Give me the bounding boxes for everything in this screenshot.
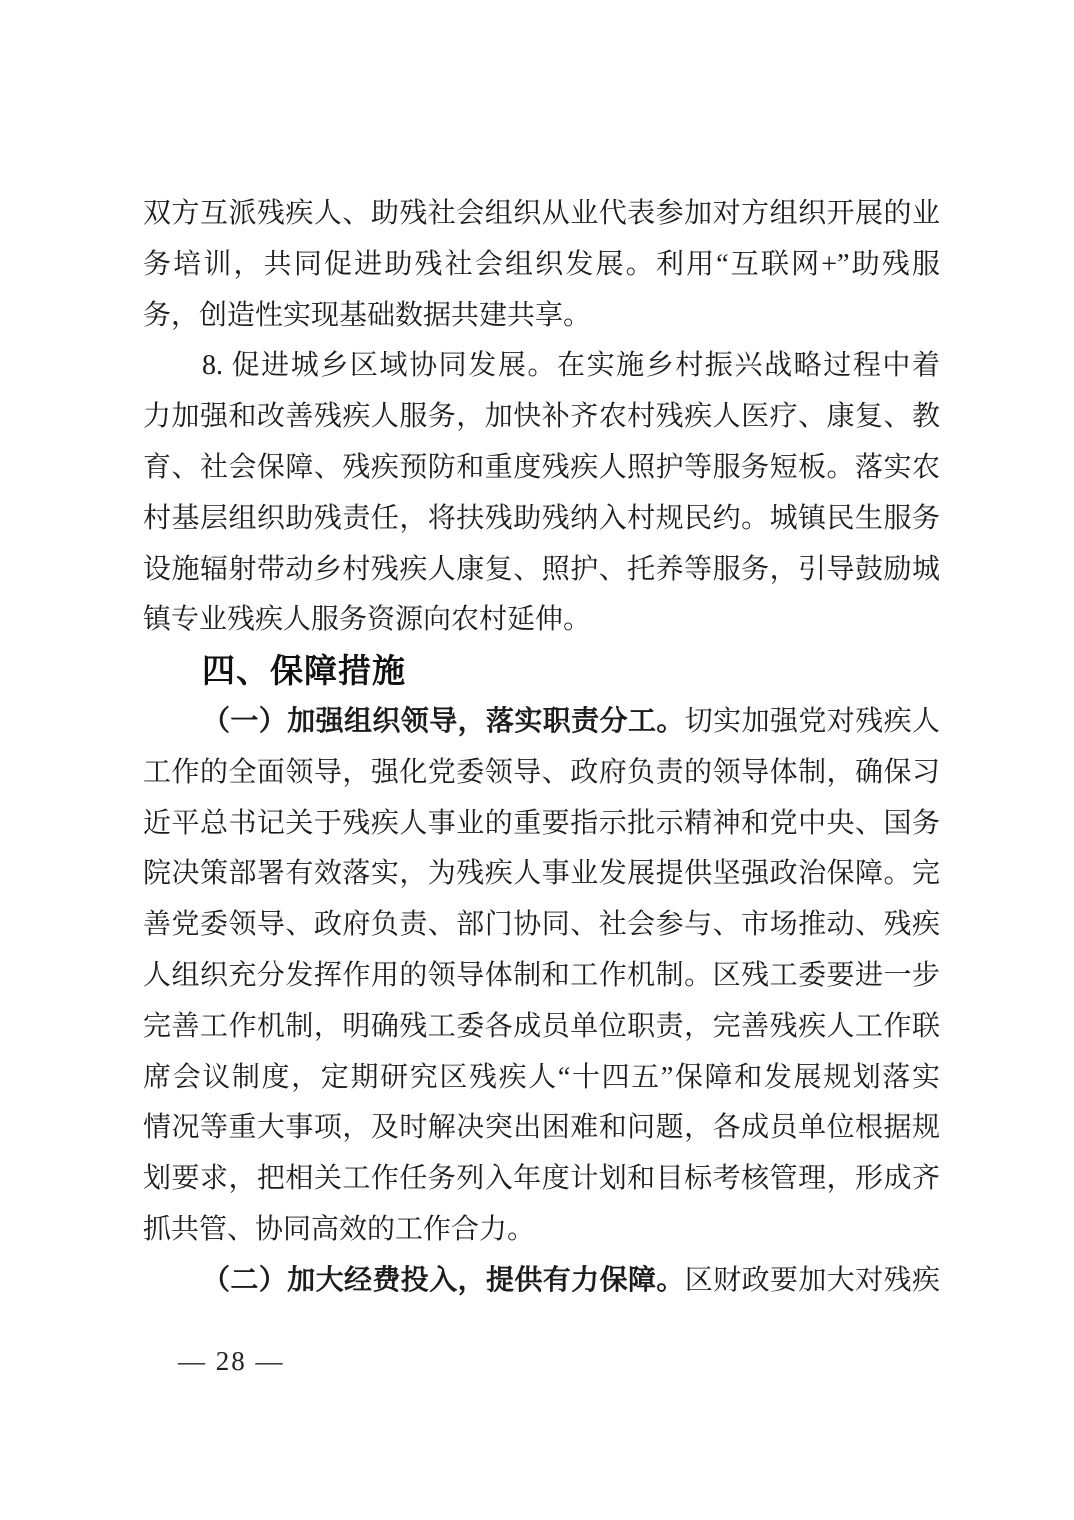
paragraph-8-first-line: 8. 促进城乡区域协同发展。在实施乡村振兴战略过程中着 — [143, 341, 940, 392]
clause-2-lead: （二）加大经费投入，提供有力保障。 — [202, 1265, 685, 1296]
document-line: 院决策部署有效落实，为残疾人事业发展提供坚强政治保障。完 — [143, 849, 940, 900]
document-line: 双方互派残疾人、助残社会组织从业代表参加对方组织开展的业 — [143, 189, 940, 240]
clause-2-rest: 区财政要加大对残疾 — [685, 1265, 940, 1296]
document-line: 完善工作机制，明确残工委各成员单位职责，完善残疾人工作联 — [143, 1002, 940, 1053]
document-line: 务培训，共同促进助残社会组织发展。利用“互联网+”助残服 — [143, 240, 940, 291]
document-line: 划要求，把相关工作任务列入年度计划和目标考核管理，形成齐 — [143, 1154, 940, 1205]
page-number: — 28 — — [178, 1346, 285, 1377]
document-line: 情况等重大事项，及时解决突出困难和问题，各成员单位根据规 — [143, 1103, 940, 1154]
document-line: 席会议制度，定期研究区残疾人“十四五”保障和发展规划落实 — [143, 1053, 940, 1104]
clause-2-first-line: （二）加大经费投入，提供有力保障。区财政要加大对残疾 — [143, 1256, 940, 1307]
document-line: 善党委领导、政府负责、部门协同、社会参与、市场推动、残疾 — [143, 900, 940, 951]
document-line: 工作的全面领导，强化党委领导、政府负责的领导体制，确保习 — [143, 748, 940, 799]
section-heading-4: 四、保障措施 — [143, 646, 940, 697]
document-line: 近平总书记关于残疾人事业的重要指示批示精神和党中央、国务 — [143, 799, 940, 850]
document-line: 人组织充分发挥作用的领导体制和工作机制。区残工委要进一步 — [143, 951, 940, 1002]
document-line: 务，创造性实现基础数据共建共享。 — [143, 291, 940, 342]
document-body: 双方互派残疾人、助残社会组织从业代表参加对方组织开展的业 务培训，共同促进助残社… — [143, 189, 940, 1307]
document-line: 设施辐射带动乡村残疾人康复、照护、托养等服务，引导鼓励城 — [143, 545, 940, 596]
document-line: 村基层组织助残责任，将扶残助残纳入村规民约。城镇民生服务 — [143, 494, 940, 545]
document-line: 镇专业残疾人服务资源向农村延伸。 — [143, 595, 940, 646]
document-line: 育、社会保障、残疾预防和重度残疾人照护等服务短板。落实农 — [143, 443, 940, 494]
clause-1-first-line: （一）加强组织领导，落实职责分工。切实加强党对残疾人 — [143, 697, 940, 748]
document-line: 抓共管、协同高效的工作合力。 — [143, 1205, 940, 1256]
document-page: 双方互派残疾人、助残社会组织从业代表参加对方组织开展的业 务培训，共同促进助残社… — [0, 0, 1074, 1520]
clause-1-rest: 切实加强党对残疾人 — [685, 706, 940, 737]
clause-1-lead: （一）加强组织领导，落实职责分工。 — [202, 706, 685, 737]
document-line: 力加强和改善残疾人服务，加快补齐农村残疾人医疗、康复、教 — [143, 392, 940, 443]
